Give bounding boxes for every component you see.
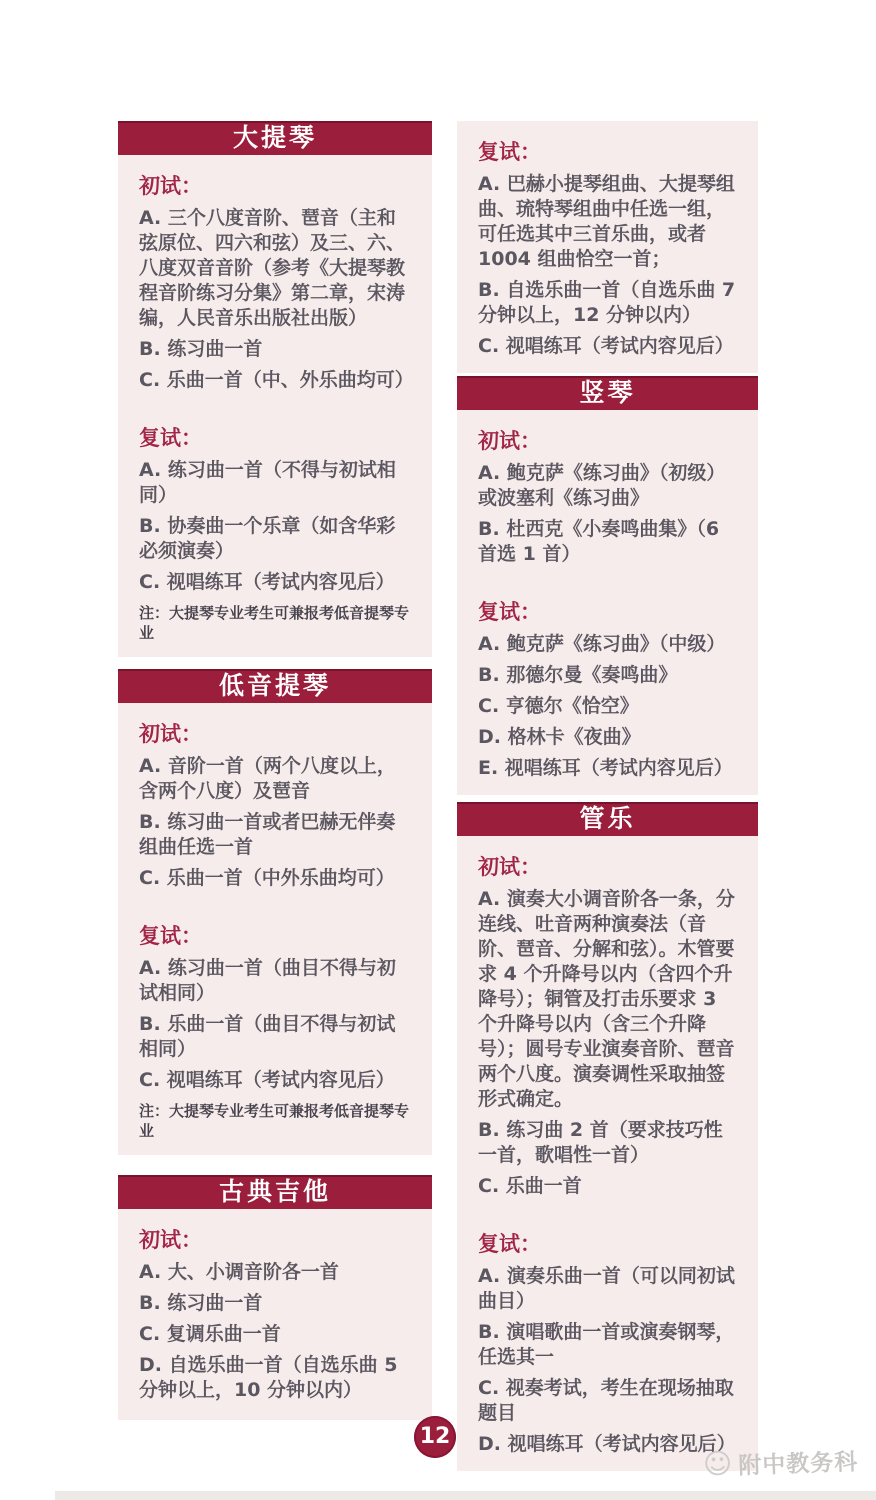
requirement-item: A. 练习曲一首（曲目不得与初试相同）	[139, 956, 411, 1006]
round-label: 初试：	[139, 1227, 411, 1253]
section-harp: 竖琴 初试： A. 鲍克萨《练习曲》（初级）或波塞利《练习曲》 B. 杜西克《小…	[457, 376, 758, 795]
round-group-preliminary: 初试： A. 鲍克萨《练习曲》（初级）或波塞利《练习曲》 B. 杜西克《小奏鸣曲…	[478, 428, 737, 567]
round-group-preliminary: 初试： A. 音阶一首（两个八度以上，含两个八度）及琶音 B. 练习曲一首或者巴…	[139, 721, 411, 891]
requirement-item: D. 格林卡《夜曲》	[478, 725, 737, 750]
requirement-item: D. 自选乐曲一首（自选乐曲 5 分钟以上，10 分钟以内）	[139, 1353, 411, 1403]
requirement-item: B. 练习曲一首	[139, 1291, 411, 1316]
section-winds-header: 管乐	[457, 802, 758, 836]
requirement-item: A. 鲍克萨《练习曲》（中级）	[478, 632, 737, 657]
round-label: 初试：	[139, 721, 411, 747]
section-cello: 大提琴 初试： A. 三个八度音阶、琶音（主和弦原位、四六和弦）及三、六、八度双…	[118, 121, 432, 657]
requirement-item: D. 视唱练耳（考试内容见后）	[478, 1432, 737, 1457]
requirement-item: B. 乐曲一首（曲目不得与初试相同）	[139, 1012, 411, 1062]
requirement-item: C. 复调乐曲一首	[139, 1322, 411, 1347]
section-cello-body: 初试： A. 三个八度音阶、琶音（主和弦原位、四六和弦）及三、六、八度双音音阶（…	[118, 155, 432, 657]
requirement-item: C. 视奏考试，考生在现场抽取题目	[478, 1376, 737, 1426]
round-label: 复试：	[478, 599, 737, 625]
requirement-item: C. 乐曲一首（中、外乐曲均可）	[139, 368, 411, 393]
round-group-second: 复试： A. 巴赫小提琴组曲、大提琴组曲、琉特琴组曲中任选一组，可任选其中三首乐…	[478, 139, 737, 359]
requirement-item: A. 巴赫小提琴组曲、大提琴组曲、琉特琴组曲中任选一组，可任选其中三首乐曲，或者…	[478, 172, 737, 272]
round-label: 初试：	[139, 173, 411, 199]
note-text: 注：大提琴专业考生可兼报考低音提琴专业	[139, 1101, 411, 1141]
round-group-second: 复试： A. 演奏乐曲一首（可以同初试曲目） B. 演唱歌曲一首或演奏钢琴，任选…	[478, 1231, 737, 1457]
left-column: 大提琴 初试： A. 三个八度音阶、琶音（主和弦原位、四六和弦）及三、六、八度双…	[118, 121, 432, 1420]
round-group-second: 复试： A. 鲍克萨《练习曲》（中级） B. 那德尔曼《奏鸣曲》 C. 亨德尔《…	[478, 599, 737, 781]
round-label: 初试：	[478, 428, 737, 454]
requirement-item: B. 练习曲 2 首（要求技巧性一首，歌唱性一首）	[478, 1118, 737, 1168]
note-text: 注：大提琴专业考生可兼报考低音提琴专业	[139, 603, 411, 643]
round-group-second: 复试： A. 练习曲一首（不得与初试相同） B. 协奏曲一个乐章（如含华彩必须演…	[139, 425, 411, 643]
round-label: 复试：	[139, 425, 411, 451]
round-label: 复试：	[478, 1231, 737, 1257]
round-group-preliminary: 初试： A. 演奏大小调音阶各一条，分连线、吐音两种演奏法（音阶、琶音、分解和弦…	[478, 854, 737, 1199]
requirement-item: B. 自选乐曲一首（自选乐曲 7 分钟以上，12 分钟以内）	[478, 278, 737, 328]
section-winds: 管乐 初试： A. 演奏大小调音阶各一条，分连线、吐音两种演奏法（音阶、琶音、分…	[457, 802, 758, 1471]
requirement-item: B. 协奏曲一个乐章（如含华彩必须演奏）	[139, 514, 411, 564]
section-classical-guitar-body: 初试： A. 大、小调音阶各一首 B. 练习曲一首 C. 复调乐曲一首 D. 自…	[118, 1209, 432, 1420]
section-continued-second-round: 复试： A. 巴赫小提琴组曲、大提琴组曲、琉特琴组曲中任选一组，可任选其中三首乐…	[457, 121, 758, 373]
requirement-item: C. 乐曲一首（中外乐曲均可）	[139, 866, 411, 891]
requirement-item: B. 练习曲一首	[139, 337, 411, 362]
section-classical-guitar: 古典吉他 初试： A. 大、小调音阶各一首 B. 练习曲一首 C. 复调乐曲一首…	[118, 1175, 432, 1420]
requirement-item: A. 演奏乐曲一首（可以同初试曲目）	[478, 1264, 737, 1314]
section-classical-guitar-header: 古典吉他	[118, 1175, 432, 1209]
requirement-item: A. 鲍克萨《练习曲》（初级）或波塞利《练习曲》	[478, 461, 737, 511]
requirement-item: C. 视唱练耳（考试内容见后）	[139, 570, 411, 595]
brand-watermark: ☺ 附中教务科	[702, 1443, 858, 1480]
section-winds-body: 初试： A. 演奏大小调音阶各一条，分连线、吐音两种演奏法（音阶、琶音、分解和弦…	[457, 836, 758, 1471]
round-label: 复试：	[478, 139, 737, 165]
requirement-item: B. 那德尔曼《奏鸣曲》	[478, 663, 737, 688]
requirement-item: A. 音阶一首（两个八度以上，含两个八度）及琶音	[139, 754, 411, 804]
requirement-item: C. 视唱练耳（考试内容见后）	[139, 1068, 411, 1093]
round-label: 初试：	[478, 854, 737, 880]
requirement-item: A. 演奏大小调音阶各一条，分连线、吐音两种演奏法（音阶、琶音、分解和弦）。木管…	[478, 887, 737, 1112]
round-label: 复试：	[139, 923, 411, 949]
section-harp-body: 初试： A. 鲍克萨《练习曲》（初级）或波塞利《练习曲》 B. 杜西克《小奏鸣曲…	[457, 410, 758, 795]
section-double-bass-header: 低音提琴	[118, 669, 432, 703]
requirement-item: E. 视唱练耳（考试内容见后）	[478, 756, 737, 781]
round-group-preliminary: 初试： A. 三个八度音阶、琶音（主和弦原位、四六和弦）及三、六、八度双音音阶（…	[139, 173, 411, 393]
section-harp-header: 竖琴	[457, 376, 758, 410]
section-double-bass: 低音提琴 初试： A. 音阶一首（两个八度以上，含两个八度）及琶音 B. 练习曲…	[118, 669, 432, 1155]
requirement-item: B. 杜西克《小奏鸣曲集》（6 首选 1 首）	[478, 517, 737, 567]
requirement-item: B. 演唱歌曲一首或演奏钢琴，任选其一	[478, 1320, 737, 1370]
section-cello-header: 大提琴	[118, 121, 432, 155]
brand-label: 附中教务科	[737, 1443, 858, 1480]
requirement-item: C. 乐曲一首	[478, 1174, 737, 1199]
round-group-second: 复试： A. 练习曲一首（曲目不得与初试相同） B. 乐曲一首（曲目不得与初试相…	[139, 923, 411, 1141]
page-number-badge: 12	[414, 1416, 456, 1458]
smiley-face-icon: ☺	[702, 1450, 732, 1479]
right-column: 复试： A. 巴赫小提琴组曲、大提琴组曲、琉特琴组曲中任选一组，可任选其中三首乐…	[457, 121, 758, 1471]
section-double-bass-body: 初试： A. 音阶一首（两个八度以上，含两个八度）及琶音 B. 练习曲一首或者巴…	[118, 703, 432, 1155]
requirement-item: C. 视唱练耳（考试内容见后）	[478, 334, 737, 359]
requirement-item: B. 练习曲一首或者巴赫无伴奏组曲任选一首	[139, 810, 411, 860]
requirement-item: A. 练习曲一首（不得与初试相同）	[139, 458, 411, 508]
round-group-preliminary: 初试： A. 大、小调音阶各一首 B. 练习曲一首 C. 复调乐曲一首 D. 自…	[139, 1227, 411, 1403]
bottom-divider	[55, 1491, 876, 1500]
section-continued-body: 复试： A. 巴赫小提琴组曲、大提琴组曲、琉特琴组曲中任选一组，可任选其中三首乐…	[457, 121, 758, 373]
requirement-item: C. 亨德尔《恰空》	[478, 694, 737, 719]
requirement-item: A. 大、小调音阶各一首	[139, 1260, 411, 1285]
requirement-item: A. 三个八度音阶、琶音（主和弦原位、四六和弦）及三、六、八度双音音阶（参考《大…	[139, 206, 411, 331]
